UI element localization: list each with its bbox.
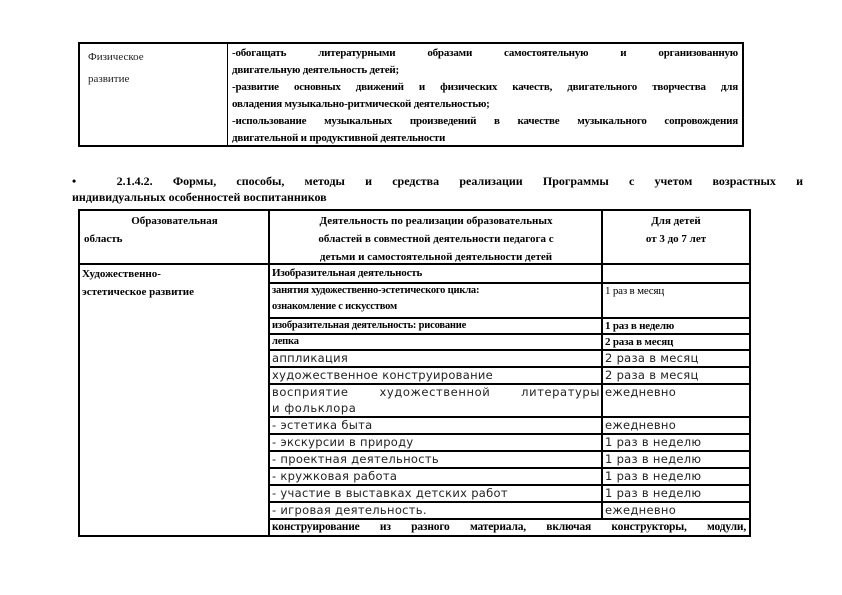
activity-cell: аппликация: [272, 350, 600, 367]
header-age: Для детейот 3 до 7 лет: [603, 211, 749, 264]
text-line: - игровая деятельность.: [272, 502, 600, 518]
text-line: - проектная деятельность: [272, 451, 600, 467]
goal-line: -развитие основных движений и физических…: [232, 79, 738, 96]
frequency-cell: ежедневно: [605, 417, 747, 434]
frequency-cell: 2 раза в месяц: [605, 334, 747, 350]
frequency-cell: 1 раз в месяц: [605, 283, 747, 318]
physical-development-table: Физическое развитие -обогащать литератур…: [78, 42, 744, 147]
area-line: Физическое: [88, 46, 219, 68]
text-line: - кружковая работа: [272, 468, 600, 484]
text-line: от 3 до 7 лет: [605, 230, 747, 248]
heading-line-1: • 2.1.4.2. Формы, способы, методы и сред…: [72, 173, 803, 189]
activity-cell: - участие в выставках детских работ: [272, 485, 600, 502]
header-text: Образовательная: [84, 212, 265, 230]
last-row-text: конструирование из разного материала, вк…: [272, 519, 746, 535]
text-line: - участие в выставках детских работ: [272, 485, 600, 501]
text-line: детьми и самостоятельной деятельности де…: [272, 248, 600, 264]
frequency-cell: 1 раз в неделю: [605, 485, 747, 502]
goal-line: -использование музыкальных произведений …: [232, 113, 738, 130]
area-cell: Физическое развитие: [80, 44, 228, 145]
text-line: изобразительная деятельность: рисование: [272, 318, 600, 334]
text-line: областей в совместной деятельности педаг…: [272, 230, 600, 248]
activity-cell: - игровая деятельность.: [272, 502, 600, 519]
text-line: эстетическое развитие: [82, 283, 267, 301]
activity-cell: занятия художественно-эстетического цикл…: [272, 283, 600, 318]
text-line: занятия художественно-эстетического цикл…: [272, 283, 600, 299]
text-line: художественное конструирование: [272, 367, 600, 383]
frequency-cell: ежедневно: [605, 502, 747, 519]
frequency-cell: 1 раз в неделю: [605, 318, 747, 334]
goal-line: овладения музыкально-ритмической деятель…: [232, 96, 738, 113]
text-line: восприятие художественной литературы: [272, 384, 600, 400]
goal-line: -обогащать литературными образами самост…: [232, 45, 738, 62]
area-line: развитие: [88, 68, 219, 90]
forms-methods-table: ОбразовательнаяобластьДеятельность по ре…: [78, 209, 751, 537]
activity-cell: - проектная деятельность: [272, 451, 600, 468]
header-area: Образовательнаяобласть: [80, 211, 269, 264]
text-line: - экскурсии в природу: [272, 434, 600, 450]
activity-cell: художественное конструирование: [272, 367, 600, 384]
header-text: область: [84, 230, 265, 248]
text-line: - эстетика быта: [272, 417, 600, 433]
bullet-icon: •: [72, 174, 76, 188]
activity-cell: - кружковая работа: [272, 468, 600, 485]
activity-cell: - экскурсии в природу: [272, 434, 600, 451]
text-line: Для детей: [605, 212, 747, 230]
frequency-cell: 1 раз в неделю: [605, 434, 747, 451]
text-line: и фольклора: [272, 400, 600, 416]
goal-line: двигательную деятельность детей;: [232, 62, 738, 79]
activity-cell: восприятие художественной литературыи фо…: [272, 384, 600, 417]
text-line: Художественно-: [82, 265, 267, 283]
area-cell: Художественно-эстетическое развитие: [82, 265, 267, 301]
frequency-cell: 1 раз в неделю: [605, 451, 747, 468]
section-heading: • 2.1.4.2. Формы, способы, методы и сред…: [72, 173, 803, 205]
frequency-cell: 2 раза в месяц: [605, 350, 747, 367]
heading-line-2: индивидуальных особенностей воспитаннико…: [72, 189, 803, 205]
activity-cell: изобразительная деятельность: рисование: [272, 318, 600, 334]
activity-cell: лепка: [272, 334, 600, 350]
frequency-cell: 1 раз в неделю: [605, 468, 747, 485]
text-line: Деятельность по реализации образовательн…: [272, 212, 600, 230]
text-line: лепка: [272, 334, 600, 350]
text-line: ознакомление с искусством: [272, 299, 600, 315]
activity-cell: - эстетика быта: [272, 417, 600, 434]
section-title: Изобразительная деятельность: [272, 265, 748, 282]
frequency-cell: ежедневно: [605, 384, 747, 417]
goal-line: двигательной и продуктивной деятельности: [232, 130, 738, 147]
goals-cell: -обогащать литературными образами самост…: [228, 44, 742, 145]
frequency-cell: 2 раза в месяц: [605, 367, 747, 384]
header-activity: Деятельность по реализации образовательн…: [270, 211, 602, 264]
text-line: аппликация: [272, 350, 600, 366]
